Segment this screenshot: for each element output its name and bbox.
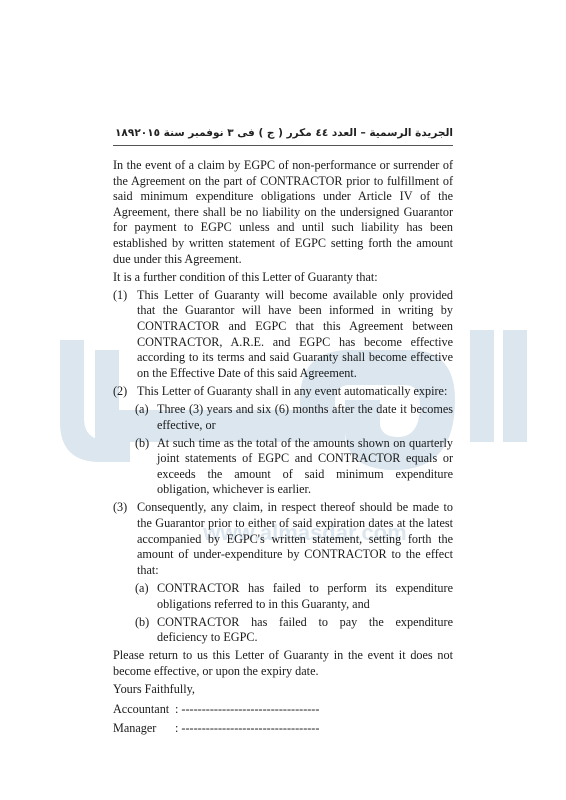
sub-item-number: (b) (135, 436, 157, 498)
sub-item-text: At such time as the total of the amounts… (157, 436, 453, 498)
signature-line: : ---------------------------------- (175, 702, 319, 716)
sub-item-text: CONTRACTOR has failed to pay the expendi… (157, 615, 453, 646)
condition-lead: It is a further condition of this Letter… (113, 270, 453, 286)
sub-item-number: (b) (135, 615, 157, 646)
sub-item-number: (a) (135, 402, 157, 433)
condition-text: This Letter of Guaranty shall in any eve… (137, 384, 453, 400)
sub-item-text: Three (3) years and six (6) months after… (157, 402, 453, 433)
signature-label: Manager (113, 721, 175, 737)
running-header: ١٨٩ الجريدة الرسمية – العدد ٤٤ مكرر ( ج … (113, 127, 453, 146)
closing-paragraph: Please return to us this Letter of Guara… (113, 648, 453, 679)
condition-text: Consequently, any claim, in respect ther… (137, 500, 453, 578)
sub-item-3a: (a) CONTRACTOR has failed to perform its… (135, 581, 453, 612)
condition-item-3: (3) Consequently, any claim, in respect … (113, 500, 453, 578)
condition-item-2: (2) This Letter of Guaranty shall in any… (113, 384, 453, 400)
page-number: ١٨٩ (115, 127, 134, 139)
letter-body: In the event of a claim by EGPC of non-p… (113, 158, 453, 741)
signature-line: : ---------------------------------- (175, 721, 319, 735)
sub-item-3b: (b) CONTRACTOR has failed to pay the exp… (135, 615, 453, 646)
sub-item-2b: (b) At such time as the total of the amo… (135, 436, 453, 498)
sub-item-2a: (a) Three (3) years and six (6) months a… (135, 402, 453, 433)
condition-item-1: (1) This Letter of Guaranty will become … (113, 288, 453, 382)
signature-manager: Manager: -------------------------------… (113, 721, 453, 737)
condition-number: (1) (113, 288, 137, 382)
condition-number: (3) (113, 500, 137, 578)
condition-text: This Letter of Guaranty will become avai… (137, 288, 453, 382)
valediction: Yours Faithfully, (113, 682, 453, 698)
gazette-title: الجريدة الرسمية – العدد ٤٤ مكرر ( ج ) فى… (134, 127, 453, 139)
sub-item-number: (a) (135, 581, 157, 612)
signature-label: Accountant (113, 702, 175, 718)
intro-paragraph: In the event of a claim by EGPC of non-p… (113, 158, 453, 267)
sub-item-text: CONTRACTOR has failed to perform its exp… (157, 581, 453, 612)
condition-number: (2) (113, 384, 137, 400)
signature-accountant: Accountant: ----------------------------… (113, 702, 453, 718)
